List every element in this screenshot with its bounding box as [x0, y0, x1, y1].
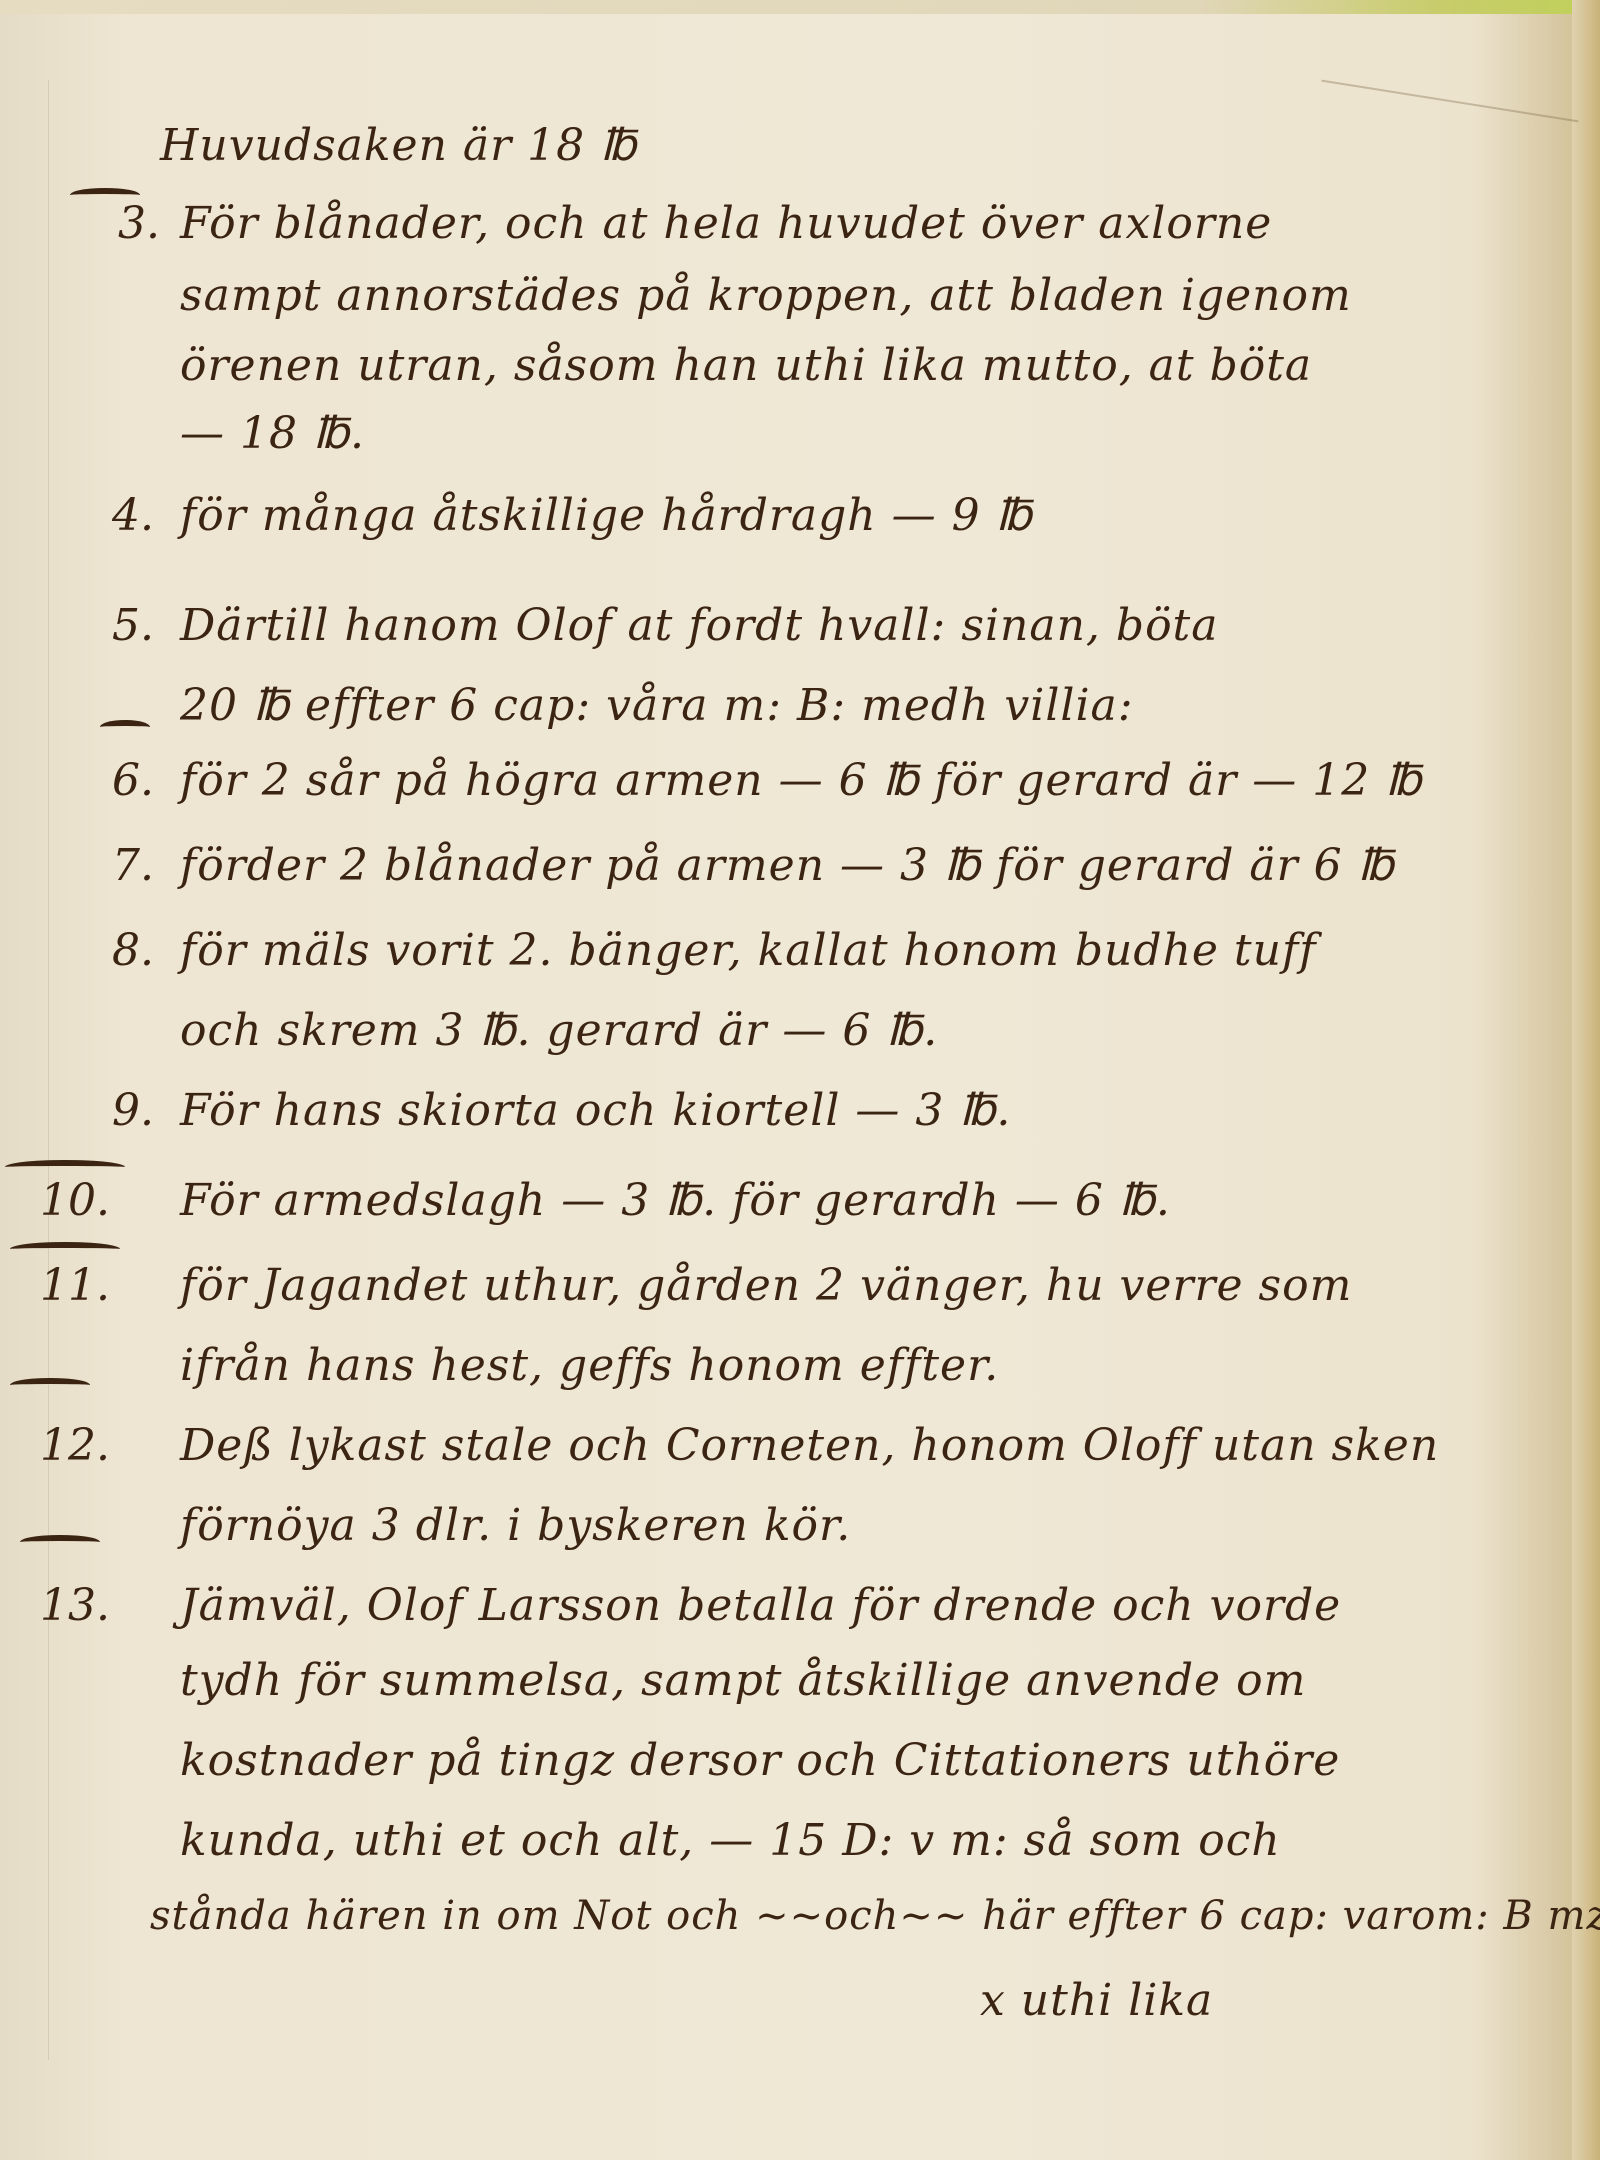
manuscript-page: Huvudsaken är 18 ℔ 3. För blånader, och … [0, 0, 1600, 2160]
signature-line: x uthi lika [980, 1975, 1213, 2026]
text-line: För blånader, och at hela huvudet över a… [180, 198, 1272, 249]
text-line: tydh för summelsa, sampt åtskillige anve… [180, 1655, 1306, 1706]
page-right-edge [1572, 0, 1600, 2160]
text-line: 20 ℔ effter 6 cap: våra m: B: medh villi… [180, 680, 1134, 731]
text-line: ifrån hans hest, geffs honom effter. [180, 1340, 999, 1391]
item-number: 12. [40, 1420, 110, 1471]
text-line: för många åtskillige hårdragh — 9 ℔ [180, 490, 1033, 541]
item-number: 10. [40, 1175, 110, 1226]
text-line: Deß lykast stale och Corneten, honom Olo… [180, 1420, 1439, 1471]
text-line: sampt annorstädes på kroppen, att bladen… [180, 270, 1352, 321]
text-line: För armedslagh — 3 ℔. för gerardh — 6 ℔. [180, 1175, 1171, 1226]
text-line: För hans skiorta och kiortell — 3 ℔. [180, 1085, 1011, 1136]
text-line: förnöya 3 dlr. i byskeren kör. [180, 1500, 851, 1551]
text-line: för Jagandet uthur, gården 2 vänger, hu … [180, 1260, 1352, 1311]
item-number: 8. [112, 925, 154, 976]
item-marker [100, 720, 150, 734]
text-line: Jämväl, Olof Larsson betalla för drende … [180, 1580, 1341, 1631]
page-top-edge [0, 0, 1600, 14]
item-number: 4. [112, 490, 154, 541]
text-line: örenen utran, såsom han uthi lika mutto,… [180, 340, 1312, 391]
text-line: Därtill hanom Olof at fordt hvall: sinan… [180, 600, 1218, 651]
heading-line: Huvudsaken är 18 ℔ [160, 120, 637, 171]
item-marker [10, 1378, 90, 1392]
text-line: för 2 sår på högra armen — 6 ℔ för gerar… [180, 755, 1422, 806]
item-number: 7. [112, 840, 154, 891]
item-number: 5. [112, 600, 154, 651]
item-number: 3. [118, 198, 160, 249]
text-line: förder 2 blånader på armen — 3 ℔ för ger… [180, 840, 1395, 891]
item-number: 13. [40, 1580, 110, 1631]
text-line: — 18 ℔. [180, 408, 365, 459]
item-marker [20, 1535, 100, 1549]
text-line: stånda hären in om Not och ~~och~~ här e… [150, 1893, 1600, 1939]
text-line: kunda, uthi et och alt, — 15 D: v m: så … [180, 1815, 1281, 1866]
item-number: 9. [112, 1085, 154, 1136]
item-number: 11. [40, 1260, 110, 1311]
margin-rule [48, 80, 49, 2060]
paper-crease [1321, 80, 1578, 123]
text-line: för mäls vorit 2. bänger, kallat honom b… [180, 925, 1317, 976]
text-line: och skrem 3 ℔. gerard är — 6 ℔. [180, 1005, 938, 1056]
item-number: 6. [112, 755, 154, 806]
text-line: kostnader på tingz dersor och Cittatione… [180, 1735, 1340, 1786]
item-marker [10, 1242, 120, 1256]
item-marker [5, 1160, 125, 1174]
